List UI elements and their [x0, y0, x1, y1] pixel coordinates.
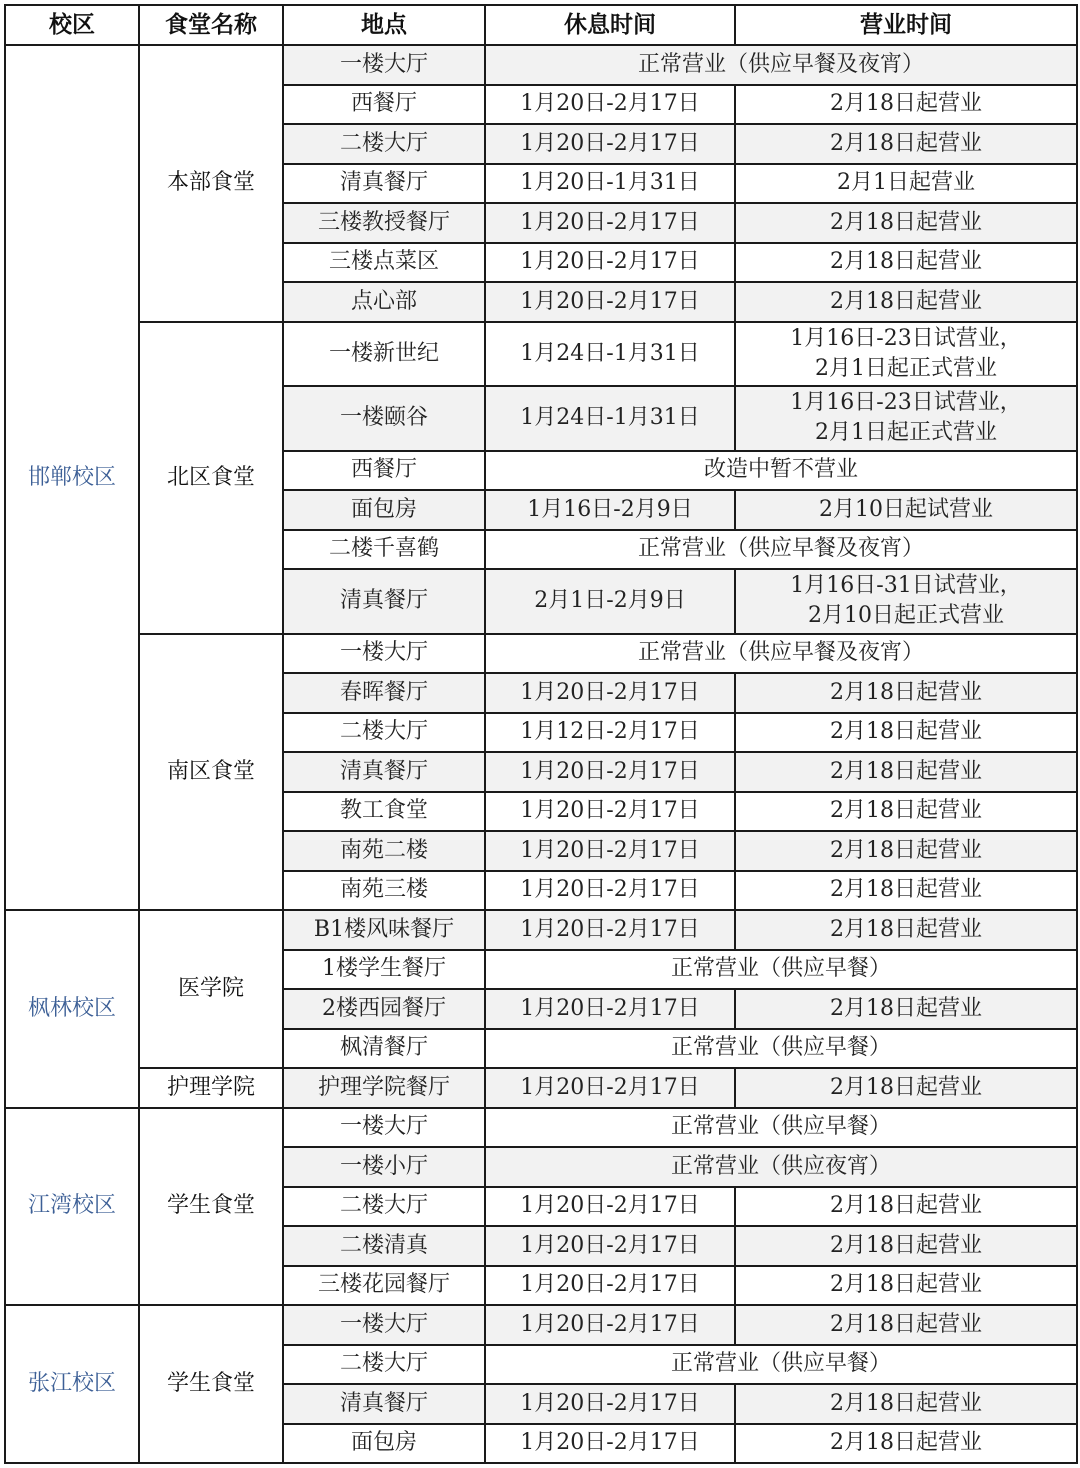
place-cell: 三楼点菜区 — [283, 243, 485, 283]
status-cell: 正常营业（供应早餐） — [485, 950, 1077, 990]
rest-cell: 1月20日-2月17日 — [485, 831, 735, 871]
open-line-2: 2月1日起正式营业 — [736, 418, 1076, 448]
table-row: 北区食堂 一楼新世纪 1月24日-1月31日 1月16日-23日试营业， 2月1… — [5, 322, 1077, 387]
open-cell: 1月16日-31日试营业， 2月10日起正式营业 — [735, 569, 1077, 634]
place-cell: 一楼小厅 — [283, 1147, 485, 1187]
rest-cell: 2月1日-2月9日 — [485, 569, 735, 634]
rest-cell: 1月24日-1月31日 — [485, 322, 735, 387]
open-line-1: 1月16日-31日试营业， — [736, 571, 1076, 601]
place-cell: 面包房 — [283, 490, 485, 530]
place-cell: 清真餐厅 — [283, 569, 485, 634]
rest-cell: 1月20日-2月17日 — [485, 752, 735, 792]
open-line-2: 2月1日起正式营业 — [736, 354, 1076, 384]
open-cell: 2月18日起营业 — [735, 1384, 1077, 1424]
rest-cell: 1月20日-2月17日 — [485, 1226, 735, 1266]
open-line-1: 1月16日-23日试营业， — [736, 324, 1076, 354]
canteen-cell: 学生食堂 — [139, 1108, 283, 1306]
rest-cell: 1月20日-2月17日 — [485, 673, 735, 713]
rest-cell: 1月20日-2月17日 — [485, 871, 735, 911]
open-cell: 2月18日起营业 — [735, 871, 1077, 911]
rest-cell: 1月20日-2月17日 — [485, 1266, 735, 1306]
canteen-cell: 学生食堂 — [139, 1305, 283, 1463]
place-cell: 一楼大厅 — [283, 1108, 485, 1148]
open-cell: 2月18日起营业 — [735, 1226, 1077, 1266]
place-cell: 春晖餐厅 — [283, 673, 485, 713]
rest-cell: 1月20日-2月17日 — [485, 1068, 735, 1108]
open-cell: 2月18日起营业 — [735, 989, 1077, 1029]
open-cell: 2月18日起营业 — [735, 1424, 1077, 1464]
place-cell: 二楼千喜鹤 — [283, 530, 485, 570]
status-cell: 正常营业（供应早餐及夜宵） — [485, 530, 1077, 570]
rest-cell: 1月20日-2月17日 — [485, 243, 735, 283]
rest-cell: 1月20日-2月17日 — [485, 1384, 735, 1424]
open-cell: 2月18日起营业 — [735, 85, 1077, 125]
table-row: 江湾校区 学生食堂 一楼大厅 正常营业（供应早餐） — [5, 1108, 1077, 1148]
status-cell: 改造中暂不营业 — [485, 451, 1077, 491]
open-cell: 2月18日起营业 — [735, 282, 1077, 322]
header-place: 地点 — [283, 5, 485, 45]
open-cell: 2月18日起营业 — [735, 752, 1077, 792]
place-cell: 一楼颐谷 — [283, 386, 485, 451]
table-row: 南区食堂 一楼大厅 正常营业（供应早餐及夜宵） — [5, 634, 1077, 674]
table-row: 护理学院 护理学院餐厅 1月20日-2月17日 2月18日起营业 — [5, 1068, 1077, 1108]
open-cell: 2月18日起营业 — [735, 1068, 1077, 1108]
rest-cell: 1月20日-1月31日 — [485, 164, 735, 204]
canteen-cell: 南区食堂 — [139, 634, 283, 911]
campus-cell: 邯郸校区 — [5, 45, 139, 910]
place-cell: 二楼大厅 — [283, 1345, 485, 1385]
rest-cell: 1月20日-2月17日 — [485, 792, 735, 832]
status-cell: 正常营业（供应早餐） — [485, 1029, 1077, 1069]
rest-cell: 1月20日-2月17日 — [485, 910, 735, 950]
open-cell: 2月18日起营业 — [735, 243, 1077, 283]
open-cell: 2月18日起营业 — [735, 792, 1077, 832]
place-cell: 清真餐厅 — [283, 1384, 485, 1424]
open-cell: 2月18日起营业 — [735, 1187, 1077, 1227]
open-cell: 1月16日-23日试营业， 2月1日起正式营业 — [735, 386, 1077, 451]
place-cell: 西餐厅 — [283, 451, 485, 491]
status-cell: 正常营业（供应早餐及夜宵） — [485, 45, 1077, 85]
place-cell: 清真餐厅 — [283, 164, 485, 204]
header-row: 校区 食堂名称 地点 休息时间 营业时间 — [5, 5, 1077, 45]
rest-cell: 1月20日-2月17日 — [485, 203, 735, 243]
place-cell: 一楼大厅 — [283, 45, 485, 85]
place-cell: 二楼大厅 — [283, 124, 485, 164]
open-cell: 2月18日起营业 — [735, 673, 1077, 713]
rest-cell: 1月24日-1月31日 — [485, 386, 735, 451]
canteen-cell: 护理学院 — [139, 1068, 283, 1108]
header-campus: 校区 — [5, 5, 139, 45]
status-cell: 正常营业（供应早餐） — [485, 1345, 1077, 1385]
rest-cell: 1月20日-2月17日 — [485, 1424, 735, 1464]
place-cell: 枫清餐厅 — [283, 1029, 485, 1069]
open-cell: 2月18日起营业 — [735, 713, 1077, 753]
table-row: 枫林校区 医学院 B1楼风味餐厅 1月20日-2月17日 2月18日起营业 — [5, 910, 1077, 950]
place-cell: 西餐厅 — [283, 85, 485, 125]
place-cell: 1楼学生餐厅 — [283, 950, 485, 990]
table-row: 张江校区 学生食堂 一楼大厅 1月20日-2月17日 2月18日起营业 — [5, 1305, 1077, 1345]
header-open: 营业时间 — [735, 5, 1077, 45]
place-cell: 清真餐厅 — [283, 752, 485, 792]
canteen-schedule-table: 校区 食堂名称 地点 休息时间 营业时间 邯郸校区 本部食堂 一楼大厅 正常营业… — [4, 4, 1078, 1464]
open-line-1: 1月16日-23日试营业， — [736, 388, 1076, 418]
open-cell: 2月18日起营业 — [735, 203, 1077, 243]
campus-cell: 张江校区 — [5, 1305, 139, 1463]
open-cell: 2月18日起营业 — [735, 124, 1077, 164]
place-cell: 二楼清真 — [283, 1226, 485, 1266]
rest-cell: 1月20日-2月17日 — [485, 989, 735, 1029]
rest-cell: 1月20日-2月17日 — [485, 1187, 735, 1227]
canteen-cell: 医学院 — [139, 910, 283, 1068]
place-cell: B1楼风味餐厅 — [283, 910, 485, 950]
open-cell: 2月18日起营业 — [735, 1266, 1077, 1306]
status-cell: 正常营业（供应早餐） — [485, 1108, 1077, 1148]
open-line-2: 2月10日起正式营业 — [736, 601, 1076, 631]
open-cell: 2月10日起试营业 — [735, 490, 1077, 530]
place-cell: 一楼大厅 — [283, 634, 485, 674]
place-cell: 护理学院餐厅 — [283, 1068, 485, 1108]
open-cell: 2月18日起营业 — [735, 831, 1077, 871]
schedule-table-container: 校区 食堂名称 地点 休息时间 营业时间 邯郸校区 本部食堂 一楼大厅 正常营业… — [4, 4, 1078, 1464]
place-cell: 一楼新世纪 — [283, 322, 485, 387]
open-cell: 2月18日起营业 — [735, 1305, 1077, 1345]
place-cell: 二楼大厅 — [283, 1187, 485, 1227]
rest-cell: 1月20日-2月17日 — [485, 1305, 735, 1345]
place-cell: 南苑三楼 — [283, 871, 485, 911]
open-cell: 2月18日起营业 — [735, 910, 1077, 950]
place-cell: 2楼西园餐厅 — [283, 989, 485, 1029]
table-row: 邯郸校区 本部食堂 一楼大厅 正常营业（供应早餐及夜宵） — [5, 45, 1077, 85]
canteen-cell: 本部食堂 — [139, 45, 283, 322]
rest-cell: 1月12日-2月17日 — [485, 713, 735, 753]
place-cell: 一楼大厅 — [283, 1305, 485, 1345]
place-cell: 三楼教授餐厅 — [283, 203, 485, 243]
campus-cell: 江湾校区 — [5, 1108, 139, 1306]
rest-cell: 1月20日-2月17日 — [485, 85, 735, 125]
place-cell: 面包房 — [283, 1424, 485, 1464]
place-cell: 教工食堂 — [283, 792, 485, 832]
place-cell: 点心部 — [283, 282, 485, 322]
status-cell: 正常营业（供应早餐及夜宵） — [485, 634, 1077, 674]
header-rest: 休息时间 — [485, 5, 735, 45]
header-canteen: 食堂名称 — [139, 5, 283, 45]
rest-cell: 1月20日-2月17日 — [485, 124, 735, 164]
place-cell: 二楼大厅 — [283, 713, 485, 753]
place-cell: 南苑二楼 — [283, 831, 485, 871]
open-cell: 1月16日-23日试营业， 2月1日起正式营业 — [735, 322, 1077, 387]
canteen-cell: 北区食堂 — [139, 322, 283, 634]
rest-cell: 1月16日-2月9日 — [485, 490, 735, 530]
campus-cell: 枫林校区 — [5, 910, 139, 1108]
status-cell: 正常营业（供应夜宵） — [485, 1147, 1077, 1187]
place-cell: 三楼花园餐厅 — [283, 1266, 485, 1306]
rest-cell: 1月20日-2月17日 — [485, 282, 735, 322]
open-cell: 2月1日起营业 — [735, 164, 1077, 204]
